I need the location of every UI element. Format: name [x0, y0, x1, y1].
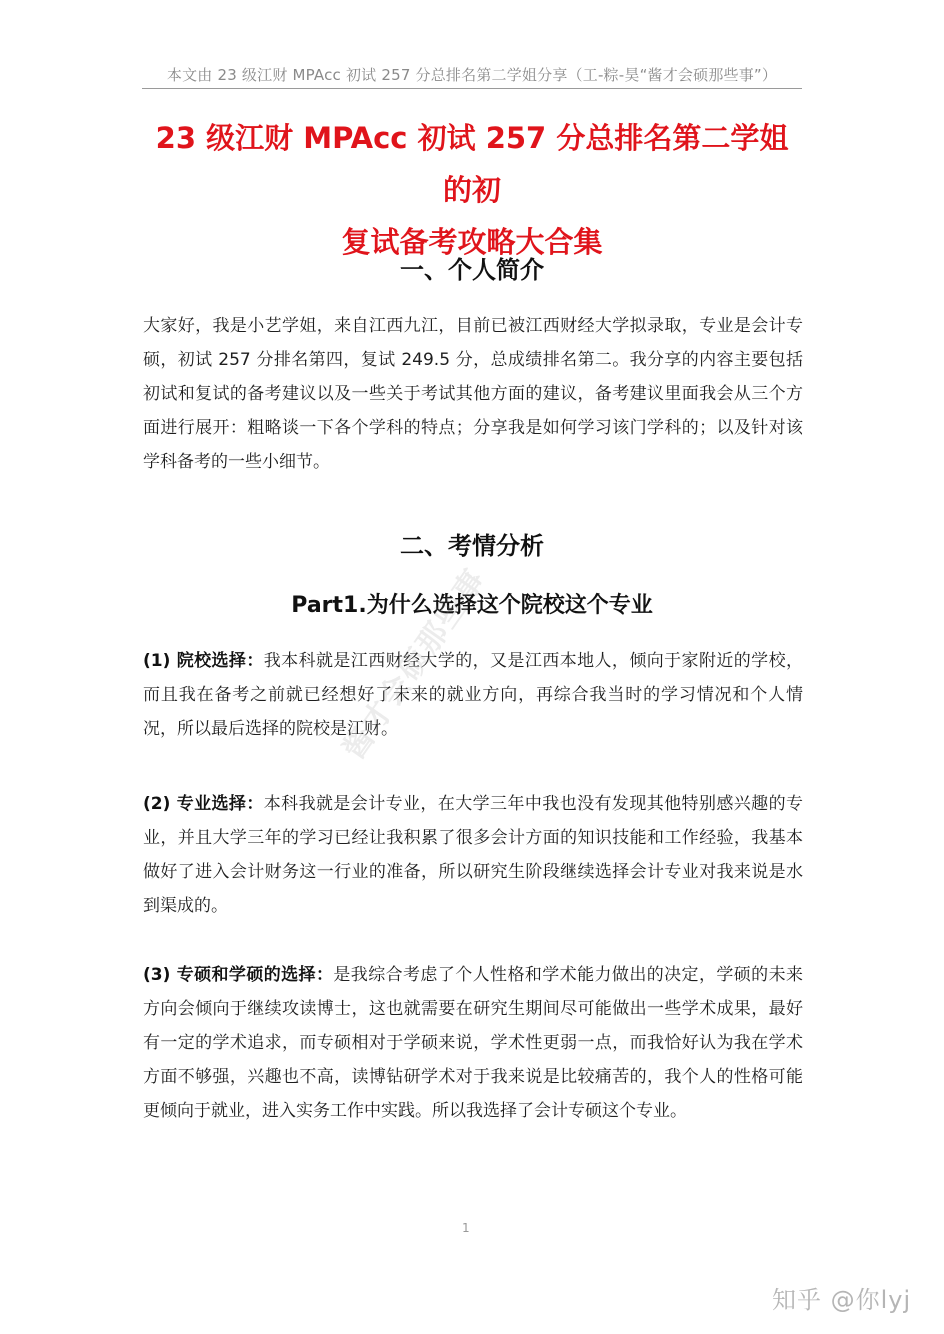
item-degree-choice: (3) 专硕和学硕的选择：是我综合考虑了个人性格和学术能力做出的决定，学硕的未来…	[143, 958, 803, 1128]
intro-paragraph: 大家好，我是小艺学姐，来自江西九江，目前已被江西财经大学拟录取，专业是会计专硕，…	[143, 309, 803, 479]
item-label: (2) 专业选择：	[143, 794, 264, 814]
page-number: 1	[462, 1221, 470, 1235]
title-line-1: 23 级江财 MPAcc 初试 257 分总排名第二学姐的初	[142, 112, 802, 216]
item-text: 是我综合考虑了个人性格和学术能力做出的决定，学硕的未来方向会倾向于继续攻读博士，…	[143, 965, 803, 1121]
zhihu-credit: 知乎 @你lyj	[772, 1280, 911, 1315]
item-label: (1) 院校选择：	[143, 651, 264, 671]
item-major-choice: (2) 专业选择：本科我就是会计专业，在大学三年中我也没有发现其他特别感兴趣的专…	[143, 787, 803, 923]
header-divider	[142, 88, 802, 89]
section-heading-intro: 一、个人简介	[142, 250, 802, 285]
item-label: (3) 专硕和学硕的选择：	[143, 965, 333, 985]
running-header: 本文由 23 级江财 MPAcc 初试 257 分总排名第二学姐分享（工-粽-昊…	[142, 64, 802, 85]
item-school-choice: (1) 院校选择：我本科就是江西财经大学的，又是江西本地人，倾向于家附近的学校，…	[143, 644, 803, 746]
document-title: 23 级江财 MPAcc 初试 257 分总排名第二学姐的初 复试备考攻略大合集	[142, 112, 802, 268]
section-heading-analysis: 二、考情分析	[142, 526, 802, 561]
